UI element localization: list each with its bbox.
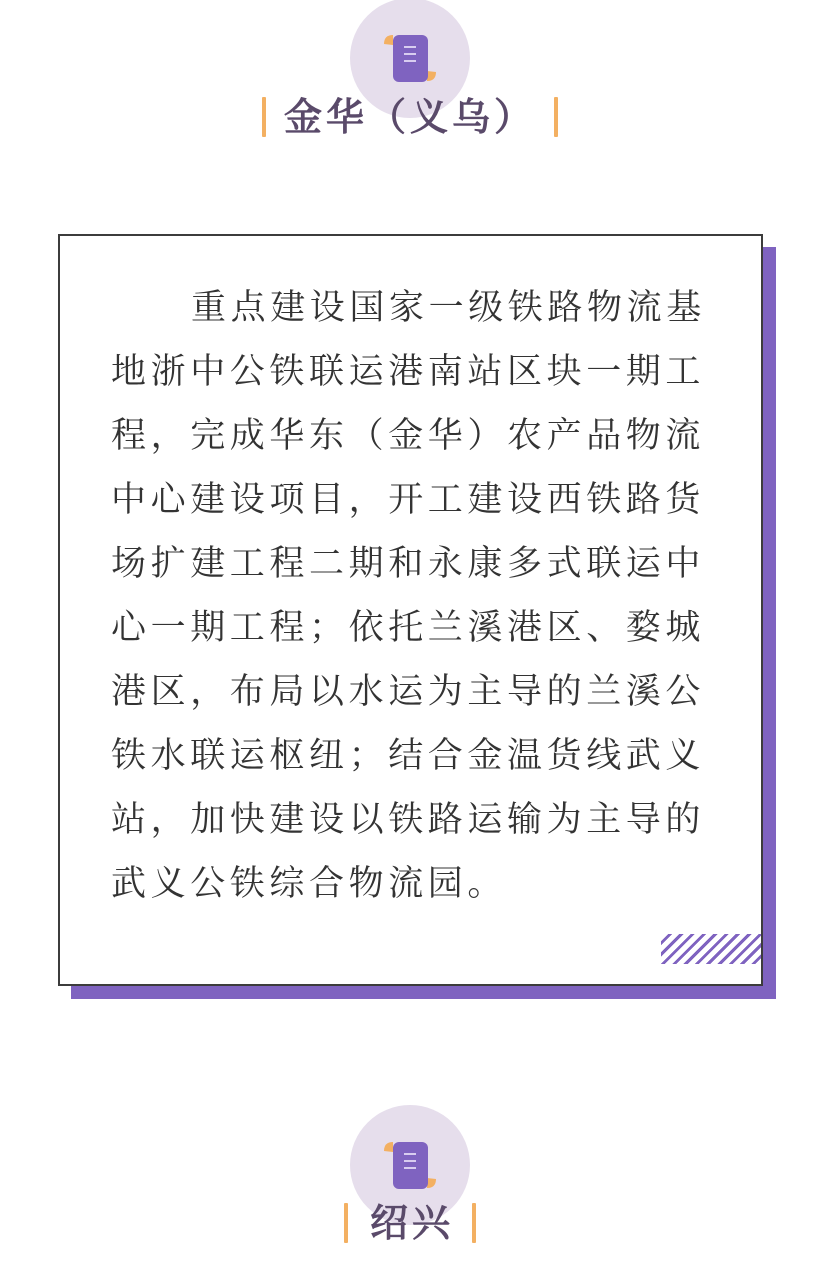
scroll-icon bbox=[383, 34, 437, 82]
content-card: 重点建设国家一级铁路物流基地浙中公铁联运港南站区块一期工程，完成华东（金华）农产… bbox=[58, 234, 763, 986]
title-bar-right bbox=[472, 1203, 476, 1243]
section-title: 绍兴 bbox=[370, 1203, 454, 1243]
title-bar-left bbox=[262, 97, 266, 137]
section-title: 金华（义乌） bbox=[284, 97, 536, 137]
section-title-row: 绍兴 bbox=[0, 1203, 820, 1243]
section-header-shaoxing: 绍兴 bbox=[0, 1100, 820, 1280]
scroll-icon bbox=[383, 1141, 437, 1189]
section-title-row: 金华（义乌） bbox=[0, 97, 820, 137]
card-paragraph: 重点建设国家一级铁路物流基地浙中公铁联运港南站区块一期工程，完成华东（金华）农产… bbox=[111, 276, 711, 916]
title-bar-right bbox=[554, 97, 558, 137]
hatch-decoration bbox=[661, 934, 761, 964]
section-header-jinhua: 金华（义乌） bbox=[0, 0, 820, 150]
title-bar-left bbox=[344, 1203, 348, 1243]
